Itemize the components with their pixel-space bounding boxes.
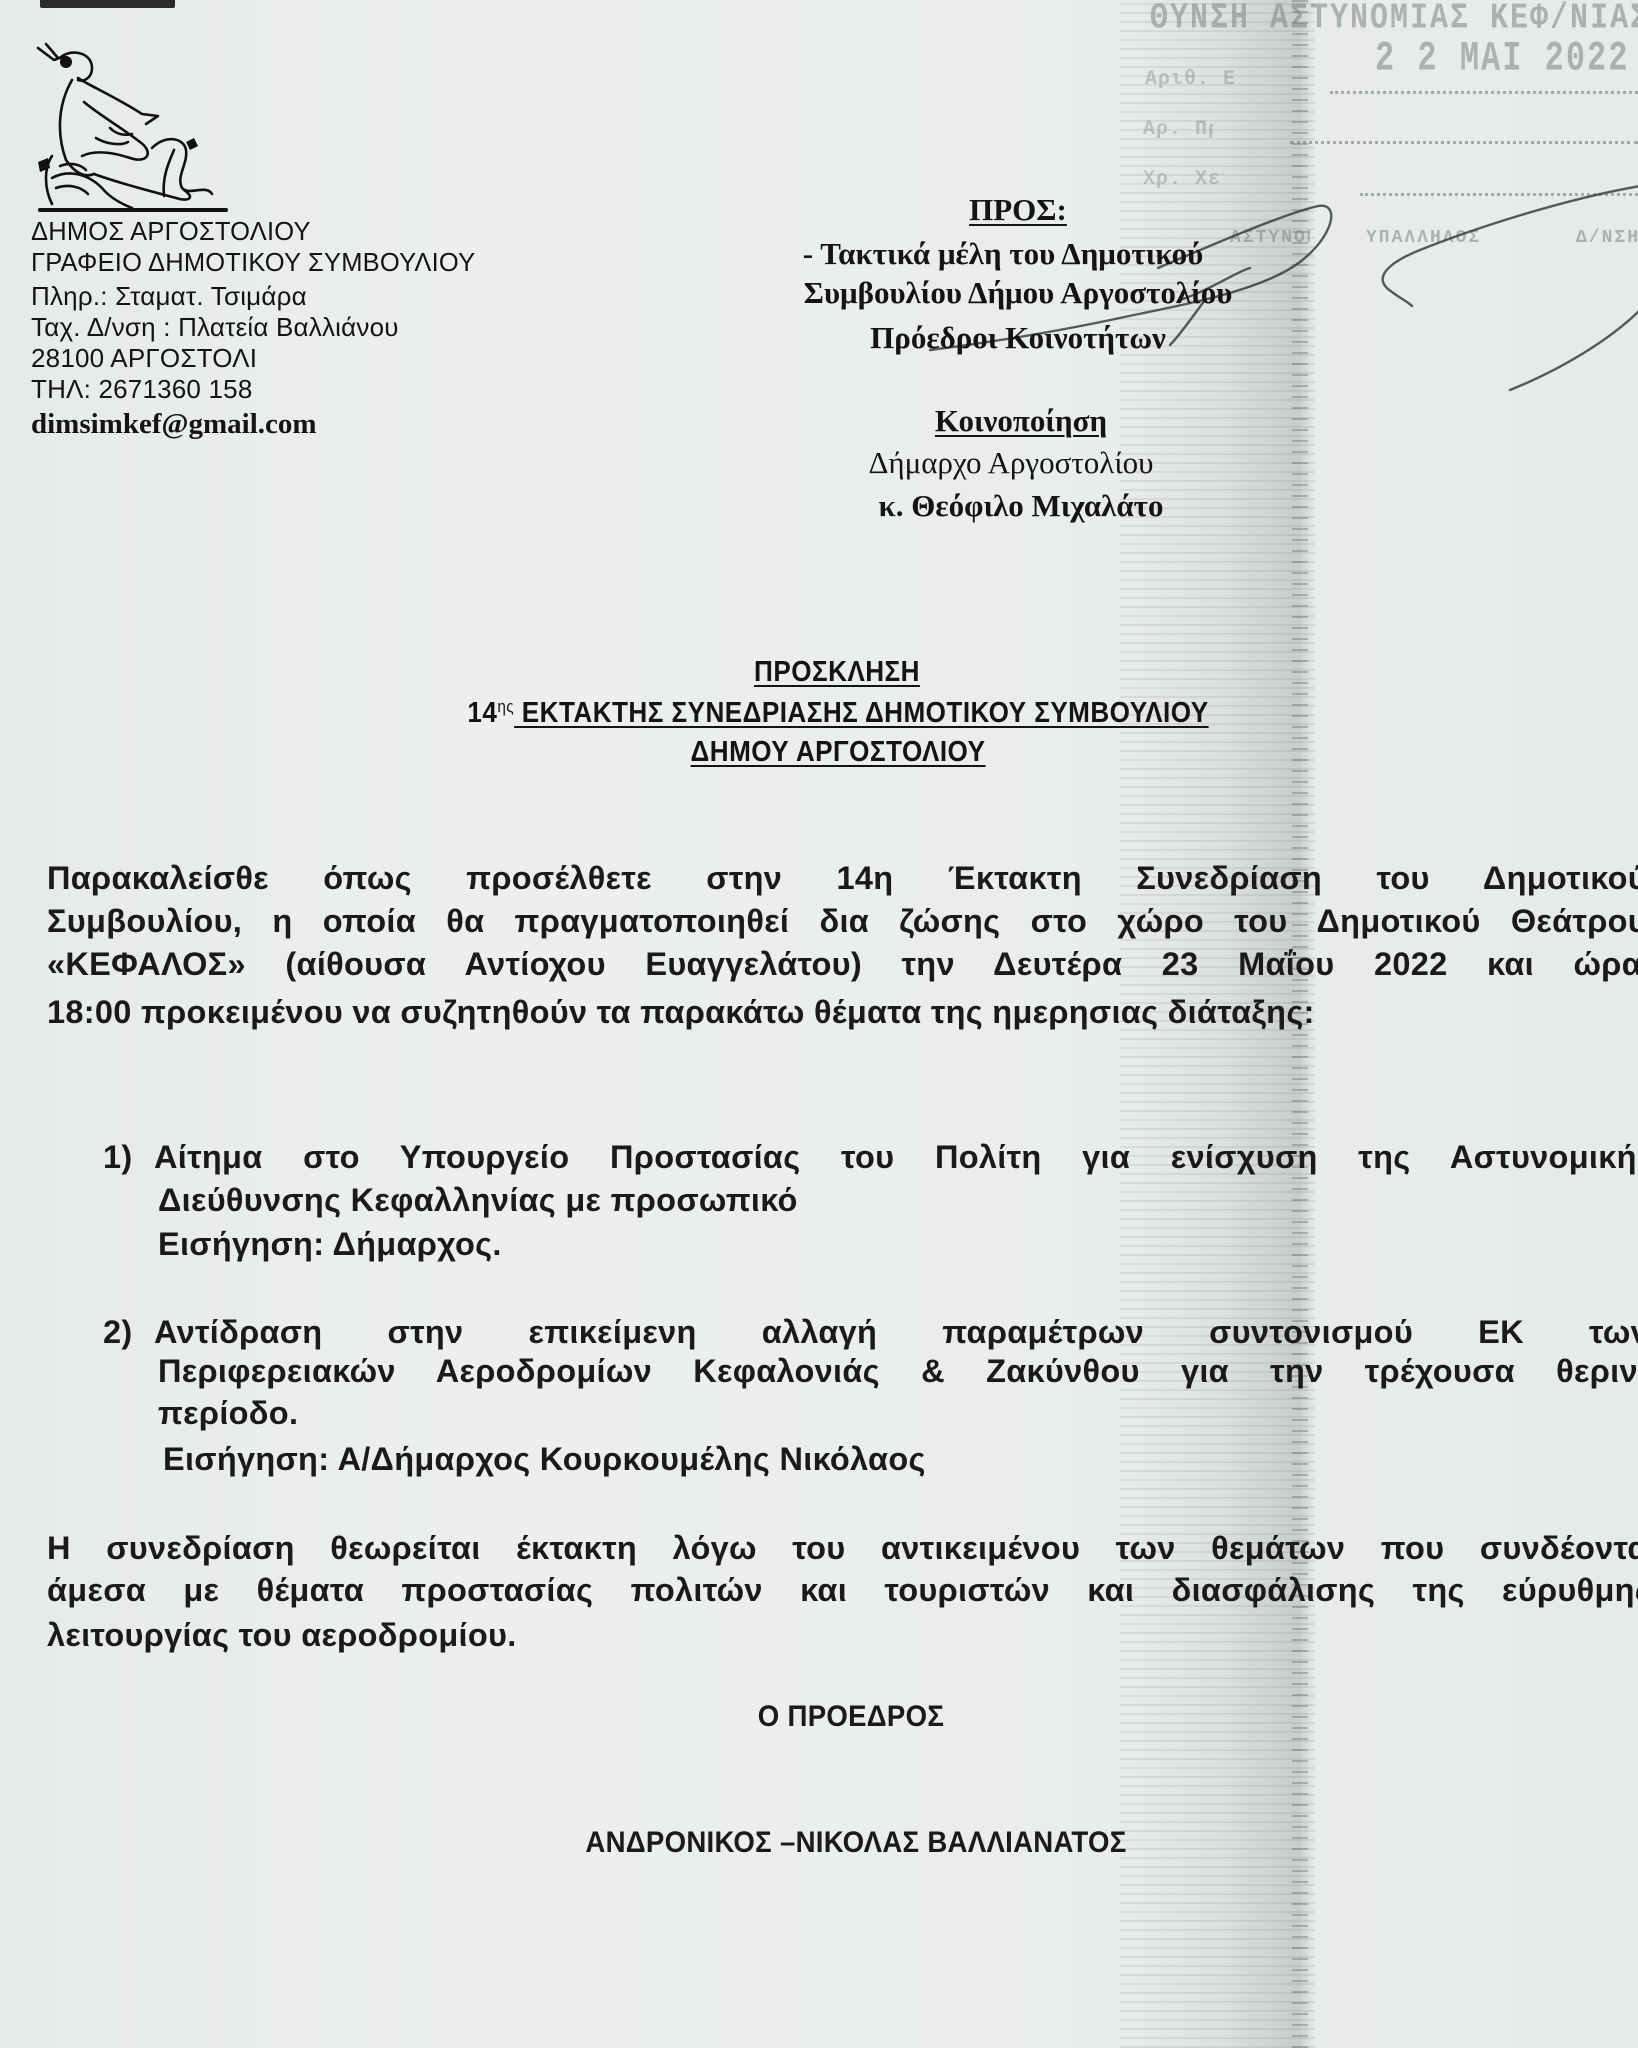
agenda-item-1-line-1: Αίτημα στο Υπουργείο Προστασίας του Πολί… bbox=[154, 1139, 1638, 1176]
agenda-item-2-rapporteur: Εισήγηση: Α/Δήμαρχος Κουρκουμέλης Νικόλα… bbox=[163, 1441, 926, 1478]
agenda-item-2-number: 2) bbox=[103, 1314, 133, 1351]
closing-line-1: Η συνεδρίαση θεωρείται έκτακτη λόγω του … bbox=[47, 1530, 1638, 1567]
closing-line-3: λειτουργίας του αεροδρομίου. bbox=[47, 1617, 517, 1654]
cc-line-1: Δήμαρχο Αργοστολίου bbox=[868, 445, 1153, 481]
intro-line-3: «ΚΕΦΑΛΟΣ» (αίθουσα Αντίοχου Ευαγγελάτου)… bbox=[47, 946, 1638, 983]
sender-office: ΓΡΑΦΕΙΟ ΔΗΜΟΤΙΚΟΥ ΣΥΜΒΟΥΛΙΟΥ bbox=[31, 248, 475, 279]
agenda-item-2-line-3: περίοδο. bbox=[158, 1395, 298, 1432]
agenda-item-2-line-1: Αντίδραση στην επικείμενη αλλαγή παραμέτ… bbox=[154, 1314, 1638, 1351]
session-ordinal: ης bbox=[497, 697, 514, 716]
session-title: ΕΚΤΑΚΤΗΣ ΣΥΝΕΔΡΙΑΣΗΣ ΔΗΜΟΤΙΚΟΥ ΣΥΜΒΟΥΛΙΟ… bbox=[514, 697, 1209, 729]
hermes-statue-logo bbox=[36, 38, 236, 213]
signature-role: Ο ΠΡΟΕΔΡΟΣ bbox=[758, 1700, 944, 1734]
cc-line-2: κ. Θεόφιλο Μιχαλάτο bbox=[879, 488, 1164, 524]
intro-line-4: 18:00 προκειμένου να συζητηθούν τα παρακ… bbox=[47, 994, 1315, 1031]
session-number: 14 bbox=[467, 697, 497, 729]
doc-subtitle-municipality: ΔΗΜΟΥ ΑΡΓΟΣΤΟΛΙΟΥ bbox=[691, 736, 986, 769]
cc-label: Κοινοποίηση bbox=[935, 403, 1107, 439]
sender-phone: ΤΗΛ: 2671360 158 bbox=[31, 374, 253, 405]
sender-contact: Πληρ.: Σταματ. Τσιμάρα bbox=[31, 281, 307, 312]
sender-address: Ταχ. Δ/νση : Πλατεία Βαλλιάνου bbox=[31, 312, 399, 343]
closing-line-2: άμεσα με θέματα προστασίας πολιτών και τ… bbox=[47, 1572, 1638, 1609]
sender-municipality: ΔΗΜΟΣ ΑΡΓΟΣΤΟΛΙΟΥ bbox=[31, 217, 311, 248]
doc-subtitle: 14ης ΕΚΤΑΚΤΗΣ ΣΥΝΕΔΡΙΑΣΗΣ ΔΗΜΟΤΙΚΟΥ ΣΥΜΒ… bbox=[467, 697, 1208, 730]
to-label: ΠΡΟΣ: bbox=[969, 192, 1067, 228]
to-line-3: Πρόεδροι Κοινοτήτων bbox=[870, 320, 1166, 356]
sender-email[interactable]: dimsimkef@gmail.com bbox=[31, 408, 317, 441]
doc-title: ΠΡΟΣΚΛΗΣΗ bbox=[754, 656, 920, 689]
agenda-item-2-line-2: Περιφερειακών Αεροδρομίων Κεφαλονιάς & Ζ… bbox=[158, 1353, 1638, 1390]
to-line-2: Συμβουλίου Δήμου Αργοστολίου bbox=[804, 275, 1233, 311]
agenda-item-1-line-2: Διεύθυνσης Κεφαλληνίας με προσωπικό bbox=[158, 1182, 798, 1219]
agenda-item-1-number: 1) bbox=[103, 1139, 133, 1176]
sender-city: 28100 ΑΡΓΟΣΤΟΛΙ bbox=[31, 343, 257, 374]
agenda-item-1-rapporteur: Εισήγηση: Δήμαρχος. bbox=[158, 1226, 502, 1263]
to-line-1: - Τακτικά μέλη του Δημοτικού bbox=[803, 236, 1203, 272]
intro-line-2: Συμβουλίου, η οποία θα πραγματοποιηθεί δ… bbox=[47, 903, 1638, 940]
signature-name: ΑΝΔΡΟΝΙΚΟΣ –ΝΙΚΟΛΑΣ ΒΑΛΛΙΑΝΑΤΟΣ bbox=[585, 1826, 1126, 1860]
intro-line-1: Παρακαλείσθε όπως προσέλθετε στην 14η Έκ… bbox=[47, 860, 1638, 897]
